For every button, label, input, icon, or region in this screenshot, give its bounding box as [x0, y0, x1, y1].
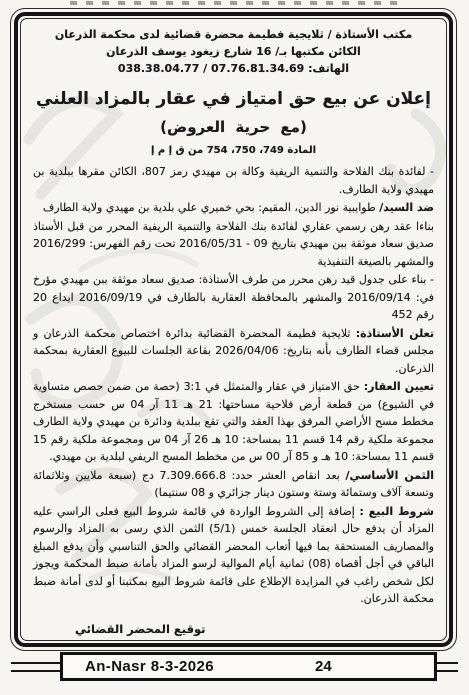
paragraph-text: بناءا عقد رهن رسمي عقاري لفائدة بنك الفل…: [33, 220, 434, 268]
paragraph-base-price: الثمن الأساسي/ بعد انقاص العشر حدد: 7.30…: [33, 467, 434, 502]
legal-article-reference: المادة 749، 750، 754 من ق إ م إ: [33, 144, 434, 158]
document-border-frame-inner: مكتب الأستاذة / ثلايجية فطيمة محضرة قضائ…: [20, 18, 447, 641]
notice-title: إعلان عن بيع حق امتياز في عقار بالمزاد ا…: [33, 89, 434, 110]
office-header-line-1: مكتب الأستاذة / ثلايجية فطيمة محضرة قضائ…: [33, 26, 434, 43]
paragraph-label: الثمن الأساسي/: [345, 469, 434, 482]
paragraph-text: طوايبية نور الدين، المقيم: بحي خميري علي…: [43, 201, 379, 214]
paragraph-mortgage-deed: بناءا عقد رهن رسمي عقاري لفائدة بنك الفل…: [33, 218, 434, 271]
notice-content: مكتب الأستاذة / ثلايجية فطيمة محضرة قضائ…: [21, 19, 446, 636]
paragraph-sale-conditions: شروط البيع : إضافة إلى الشروط الواردة في…: [33, 503, 434, 608]
paragraph-registration: - بناء على جدول قيد رهن محرر من طرف الأس…: [33, 271, 434, 324]
office-header-line-2: الكائن مكتبها بـ/ 16 شارع زيغود يوسف الذ…: [33, 43, 434, 60]
paragraph-text: إضافة إلى الشروط الواردة في قائمة شروط ا…: [33, 505, 434, 606]
paragraph-label: تعلن الأستاذة:: [356, 327, 434, 340]
footer-rule-right: [437, 662, 458, 672]
paragraph-announcement: تعلن الأستاذة: ثلايجية فطيمة المحضرة الق…: [33, 325, 434, 378]
paragraph-beneficiary: - لفائدة بنك الفلاحة والتنمية الريفية وك…: [33, 163, 434, 198]
document-border-frame-mid: مكتب الأستاذة / ثلايجية فطيمة محضرة قضائ…: [14, 12, 453, 647]
newspaper-footer-bar: An-Nasr 8-3-2026 24: [60, 652, 437, 681]
paragraph-text: - لفائدة بنك الفلاحة والتنمية الريفية وك…: [33, 165, 434, 196]
paragraph-defendant: ضد السيد/ طوايبية نور الدين، المقيم: بحي…: [33, 199, 434, 217]
paragraph-text: - بناء على جدول قيد رهن محرر من طرف الأس…: [33, 273, 434, 321]
notice-subtitle: (مع حرية العروض): [33, 117, 434, 137]
paragraph-label: تعيين العقار:: [364, 380, 434, 393]
scan-edge-artifact: [70, 1, 400, 5]
notice-body: - لفائدة بنك الفلاحة والتنمية الريفية وك…: [33, 163, 434, 608]
bailiff-signature-line: توقيع المحضر القضائي: [33, 622, 434, 636]
paragraph-property-designation: تعيين العقار: حق الامتياز في عقار والمتم…: [33, 378, 434, 466]
paragraph-label: ضد السيد/: [379, 201, 434, 214]
paragraph-label: شروط البيع :: [359, 505, 434, 518]
office-header-phone: الهاتف: 07.76.81.34.69 / 038.38.04.77: [33, 60, 434, 77]
newspaper-name-date: An-Nasr 8-3-2026: [85, 656, 214, 678]
page-number: 24: [315, 656, 332, 678]
document-border-frame: مكتب الأستاذة / ثلايجية فطيمة محضرة قضائ…: [10, 8, 457, 651]
footer-rule-left: [11, 662, 60, 672]
